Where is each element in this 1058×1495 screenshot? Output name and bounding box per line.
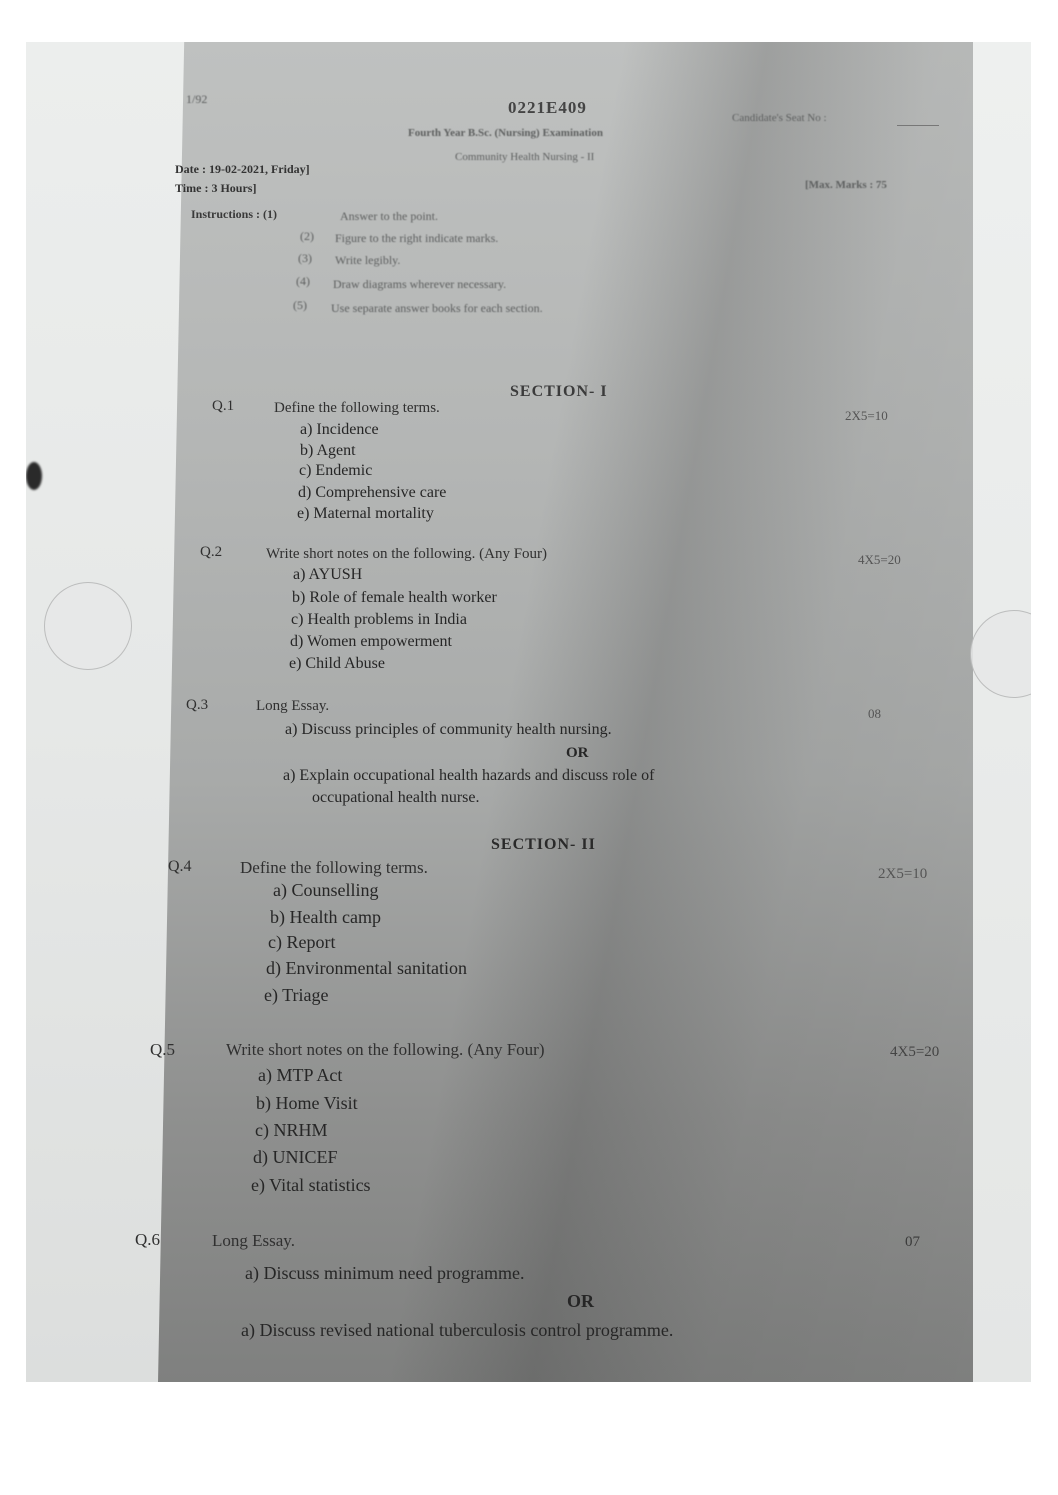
instruction-num-2: (2) (300, 229, 314, 244)
q4-item-a: a) Counselling (273, 880, 379, 901)
q2-item-a: a) AYUSH (293, 566, 362, 584)
q1-marks: 2X5=10 (845, 408, 888, 424)
seat-number-blank (897, 125, 939, 126)
max-marks: [Max. Marks : 75 (805, 179, 887, 191)
page-ref: 1/92 (186, 92, 207, 107)
q5-item-c: c) NRHM (255, 1120, 328, 1141)
punch-hole-left (44, 582, 132, 670)
q1-number: Q.1 (212, 398, 234, 415)
instruction-5: Use separate answer books for each secti… (331, 301, 543, 316)
q4-number: Q.4 (168, 858, 192, 876)
q6-marks: 07 (905, 1234, 920, 1251)
q4-marks: 2X5=10 (878, 866, 927, 883)
exam-date: Date : 19-02-2021, Friday] (175, 162, 310, 177)
q5-item-e: e) Vital statistics (251, 1175, 371, 1196)
q1-item-e: e) Maternal mortality (297, 505, 434, 523)
q5-item-b: b) Home Visit (256, 1093, 358, 1114)
q5-number: Q.5 (150, 1040, 175, 1060)
q5-marks: 4X5=20 (890, 1044, 939, 1061)
background-page-right (973, 42, 1031, 1382)
q2-item-e: e) Child Abuse (289, 655, 385, 673)
instructions-label: Instructions : (1) (191, 207, 277, 222)
q2-text: Write short notes on the following. (Any… (266, 546, 547, 563)
q1-item-a: a) Incidence (300, 421, 379, 439)
q6-or-label: OR (567, 1291, 594, 1312)
instruction-2: Figure to the right indicate marks. (335, 231, 498, 246)
q2-number: Q.2 (200, 544, 222, 561)
q5-item-d: d) UNICEF (253, 1147, 338, 1168)
exam-time: Time : 3 Hours] (175, 181, 256, 196)
exam-title: Fourth Year B.Sc. (Nursing) Examination (408, 127, 603, 139)
q2-marks: 4X5=20 (858, 552, 901, 568)
q4-item-b: b) Health camp (270, 907, 381, 928)
q2-item-d: d) Women empowerment (290, 633, 452, 651)
q4-item-e: e) Triage (264, 985, 329, 1006)
instruction-1: Answer to the point. (340, 209, 438, 224)
q3-item-a: a) Discuss principles of community healt… (285, 721, 612, 739)
q3-or-label: OR (566, 745, 589, 762)
q4-item-c: c) Report (268, 932, 335, 953)
q4-item-d: d) Environmental sanitation (266, 958, 467, 979)
instruction-3: Write legibly. (335, 253, 400, 268)
q1-item-b: b) Agent (300, 442, 356, 460)
q3-number: Q.3 (186, 697, 208, 714)
instruction-num-4: (4) (296, 274, 310, 289)
subject-title: Community Health Nursing - II (455, 151, 594, 163)
q3-text: Long Essay. (256, 698, 329, 715)
binder-hole (26, 462, 42, 490)
q3-alt-item-a-cont: occupational health nurse. (312, 789, 480, 807)
q4-text: Define the following terms. (240, 858, 428, 878)
q3-alt-item-a: a) Explain occupational health hazards a… (283, 767, 654, 785)
q1-item-d: d) Comprehensive care (298, 484, 446, 502)
q6-text: Long Essay. (212, 1231, 295, 1251)
q5-item-a: a) MTP Act (258, 1065, 342, 1086)
paper-code: 0221E409 (508, 98, 587, 118)
instruction-num-3: (3) (298, 251, 312, 266)
q1-item-c: c) Endemic (299, 462, 372, 480)
instruction-4: Draw diagrams wherever necessary. (333, 277, 506, 292)
q6-alt-item-a: a) Discuss revised national tuberculosis… (241, 1320, 673, 1341)
section-2-title: SECTION- II (491, 836, 596, 854)
candidate-seat-label: Candidate's Seat No : (732, 112, 827, 124)
q1-text: Define the following terms. (274, 400, 440, 417)
instruction-num-5: (5) (293, 298, 307, 313)
q5-text: Write short notes on the following. (Any… (226, 1040, 545, 1060)
q6-number: Q.6 (135, 1230, 160, 1250)
q2-item-b: b) Role of female health worker (292, 589, 497, 607)
q2-item-c: c) Health problems in India (291, 611, 467, 629)
q6-item-a: a) Discuss minimum need programme. (245, 1263, 524, 1284)
section-1-title: SECTION- I (510, 383, 608, 401)
q3-marks: 08 (868, 706, 881, 722)
